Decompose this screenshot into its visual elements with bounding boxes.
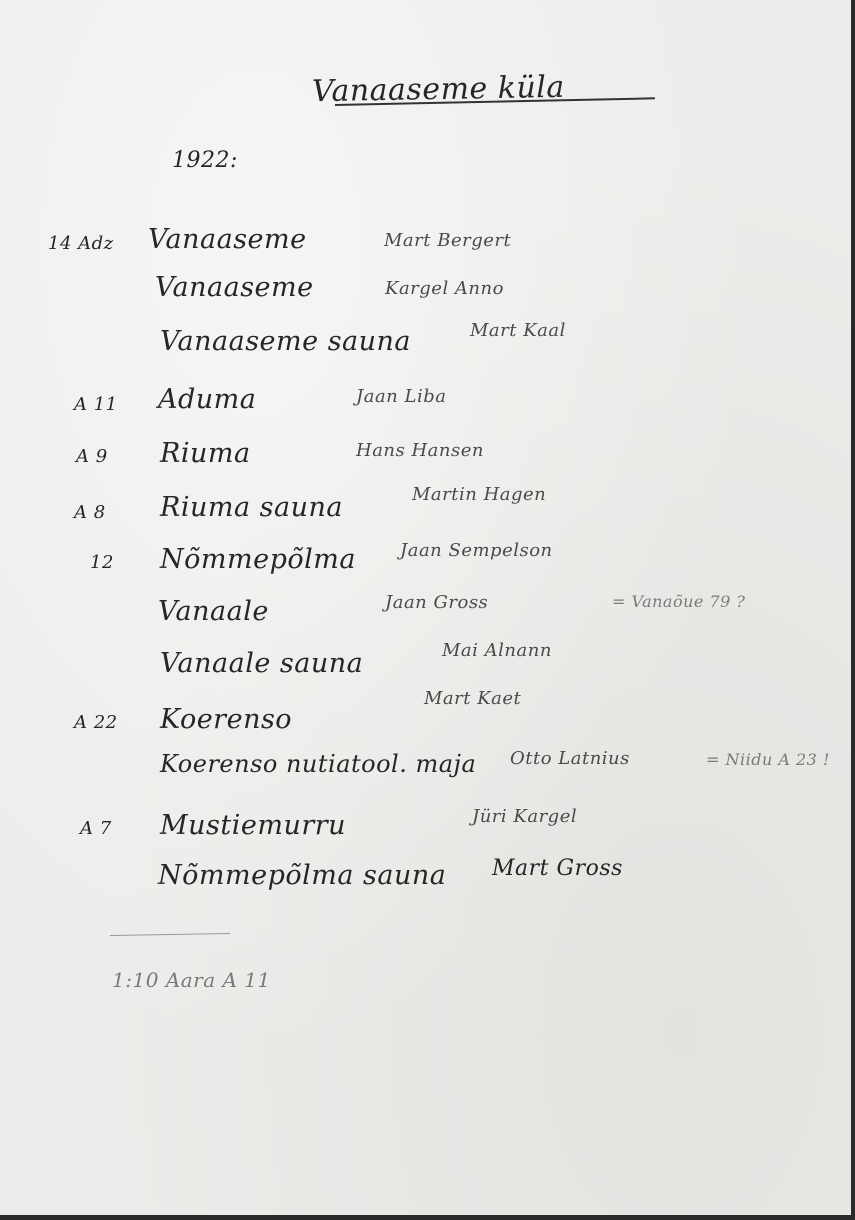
- entry-place: Nõmmepõlma: [160, 544, 356, 575]
- entry-number: A 9: [76, 446, 108, 467]
- entry-place: Riuma: [160, 438, 251, 469]
- entry-place: Koerenso nutiatool. maja: [160, 750, 476, 778]
- entry-owner: Jaan Sempelson: [400, 540, 553, 561]
- entry-number: A 7: [80, 818, 112, 839]
- entry-place: Vanaaseme: [148, 224, 307, 255]
- entry-place: Riuma sauna: [160, 492, 343, 523]
- entry-owner: Jüri Kargel: [472, 806, 577, 827]
- entry-owner: Martin Hagen: [412, 484, 546, 505]
- separator-line: [110, 933, 230, 936]
- footer-note: 1:10 Aara A 11: [112, 968, 271, 992]
- entry-place: Vanaaseme sauna: [160, 326, 411, 357]
- entry-place: Mustiemurru: [160, 810, 346, 841]
- entry-number: 12: [90, 552, 114, 573]
- entry-place: Koerenso: [160, 704, 292, 735]
- scan-edge-bottom: [0, 1215, 855, 1220]
- entry-place: Nõmmepõlma sauna: [158, 860, 446, 891]
- entry-number: A 11: [74, 394, 118, 415]
- entry-number: 14 Adz: [48, 233, 114, 254]
- entry-note: = Vanaõue 79 ?: [612, 592, 745, 611]
- entry-owner: Kargel Anno: [385, 278, 504, 299]
- entry-place: Aduma: [158, 384, 256, 415]
- entry-place: Vanaaseme: [155, 272, 314, 303]
- entry-note: = Niidu A 23 !: [706, 750, 830, 769]
- entry-owner: Jaan Gross: [385, 592, 488, 613]
- entry-owner: Jaan Liba: [356, 386, 446, 407]
- entry-owner: Mart Kaet: [424, 688, 521, 709]
- year-heading: 1922:: [172, 148, 238, 173]
- entry-owner: Mart Bergert: [384, 230, 511, 251]
- entry-owner: Mart Gross: [492, 856, 623, 881]
- entry-number: A 8: [74, 502, 106, 523]
- scan-edge-right: [851, 0, 855, 1220]
- entry-place: Vanaale sauna: [160, 648, 363, 679]
- entry-owner: Mart Kaal: [470, 320, 566, 341]
- document-page: Vanaaseme küla 1922: 14 Adz Vanaaseme Ma…: [0, 0, 851, 1215]
- entry-owner: Otto Latnius: [510, 748, 630, 769]
- entry-place: Vanaale: [158, 596, 269, 627]
- entry-number: A 22: [74, 712, 118, 733]
- entry-owner: Mai Alnann: [442, 640, 552, 661]
- entry-owner: Hans Hansen: [356, 440, 484, 461]
